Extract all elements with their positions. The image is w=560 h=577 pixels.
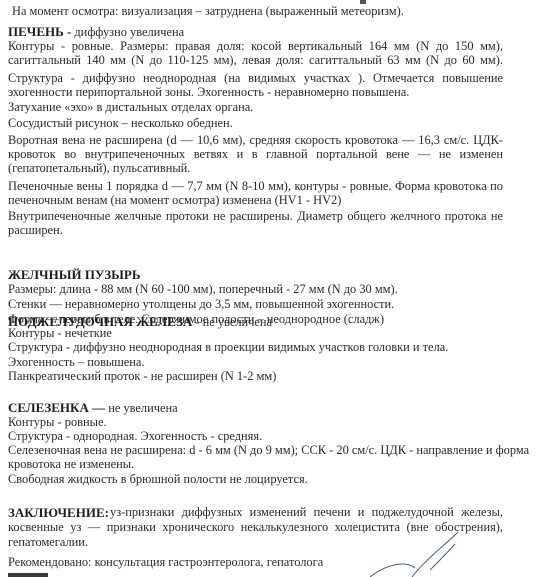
- conclusion-line-1: ЗАКЛЮЧЕНИЕ:: [8, 506, 109, 521]
- spleen-heading-value: не увеличена: [105, 401, 177, 415]
- pancreas-line: Контуры - нечеткие: [8, 327, 112, 341]
- liver-line: Сосудистый рисунок – несколько обеднен.: [8, 117, 233, 131]
- liver-line: печеночным венам (на момент осмотра) изм…: [8, 194, 341, 208]
- liver-line: Контуры - ровные. Размеры: правая доля: …: [8, 40, 503, 54]
- recommendation: Рекомендовано: консультация гастроэнтеро…: [8, 556, 323, 570]
- pancreas-line: Структура - диффузно неоднородная в прое…: [8, 341, 448, 355]
- gallbladder-line: Размеры: длина - 88 мм (N 60 -100 мм), п…: [8, 283, 398, 297]
- spleen-heading: СЕЛЕЗЕНКА —: [8, 400, 105, 415]
- ultrasound-report-page: На момент осмотра: визуализация – затруд…: [0, 0, 560, 577]
- liver-heading: ПЕЧЕНЬ -: [8, 24, 71, 39]
- spleen-line: Контуры - ровные.: [8, 416, 107, 430]
- liver-line: эхогенности перипортальной зоны. Эхогенн…: [8, 86, 409, 100]
- liver-line: Воротная вена не расширена (d — 10,6 мм)…: [8, 134, 503, 148]
- liver-line: кровоток во внутрипеченочных ветвях и в …: [8, 148, 503, 162]
- spleen-line: Свободная жидкость в брюшной полости не …: [8, 473, 308, 487]
- pancreas-heading-value: - не увеличена: [192, 315, 272, 329]
- gallbladder-heading: ЖЕЛЧНЫЙ ПУЗЫРЬ: [8, 268, 140, 282]
- spleen-line: Селезеночная вена не расширена: d - 6 мм…: [8, 444, 529, 458]
- conclusion-line: уз-признаки диффузных изменений печени и…: [110, 506, 503, 520]
- liver-line: Структура - диффузно неоднородная (на ви…: [8, 72, 503, 86]
- signature-icon: [370, 530, 490, 577]
- liver-line: (гепатопетальный), пульсативный.: [8, 162, 190, 176]
- liver-heading-value: диффузно увеличена: [71, 25, 184, 39]
- cut-off-next-line: [8, 573, 48, 577]
- liver-heading-line: ПЕЧЕНЬ - диффузно увеличена: [8, 25, 184, 40]
- conclusion-line: гепатомегалии.: [8, 536, 88, 550]
- spleen-heading-line: СЕЛЕЗЕНКА — не увеличена: [8, 401, 178, 416]
- gallbladder-line: Стенки — неравномерно утолщены до 3,5 мм…: [8, 298, 394, 312]
- liver-line: сагиттальный 140 мм (N до 110-125 мм), л…: [8, 54, 503, 68]
- liver-line: Затухание «эхо» в дистальных отделах орг…: [8, 101, 253, 115]
- liver-line: Внутрипеченочные желчные протоки не расш…: [8, 210, 503, 224]
- liver-line: Печеночные вены 1 порядка d — 7,7 мм (N …: [8, 180, 503, 194]
- pancreas-line: Панкреатический проток - не расширен (N …: [8, 370, 276, 384]
- visualization-note: На момент осмотра: визуализация – затруд…: [12, 5, 404, 19]
- pancreas-line: Эхогенность – повышена.: [8, 356, 145, 370]
- conclusion-heading: ЗАКЛЮЧЕНИЕ:: [8, 505, 109, 520]
- spleen-line: Структура - однородная. Эхогенность - ср…: [8, 430, 262, 444]
- liver-line: расширен.: [8, 224, 63, 238]
- spleen-line: кровотока не изменены.: [8, 458, 134, 472]
